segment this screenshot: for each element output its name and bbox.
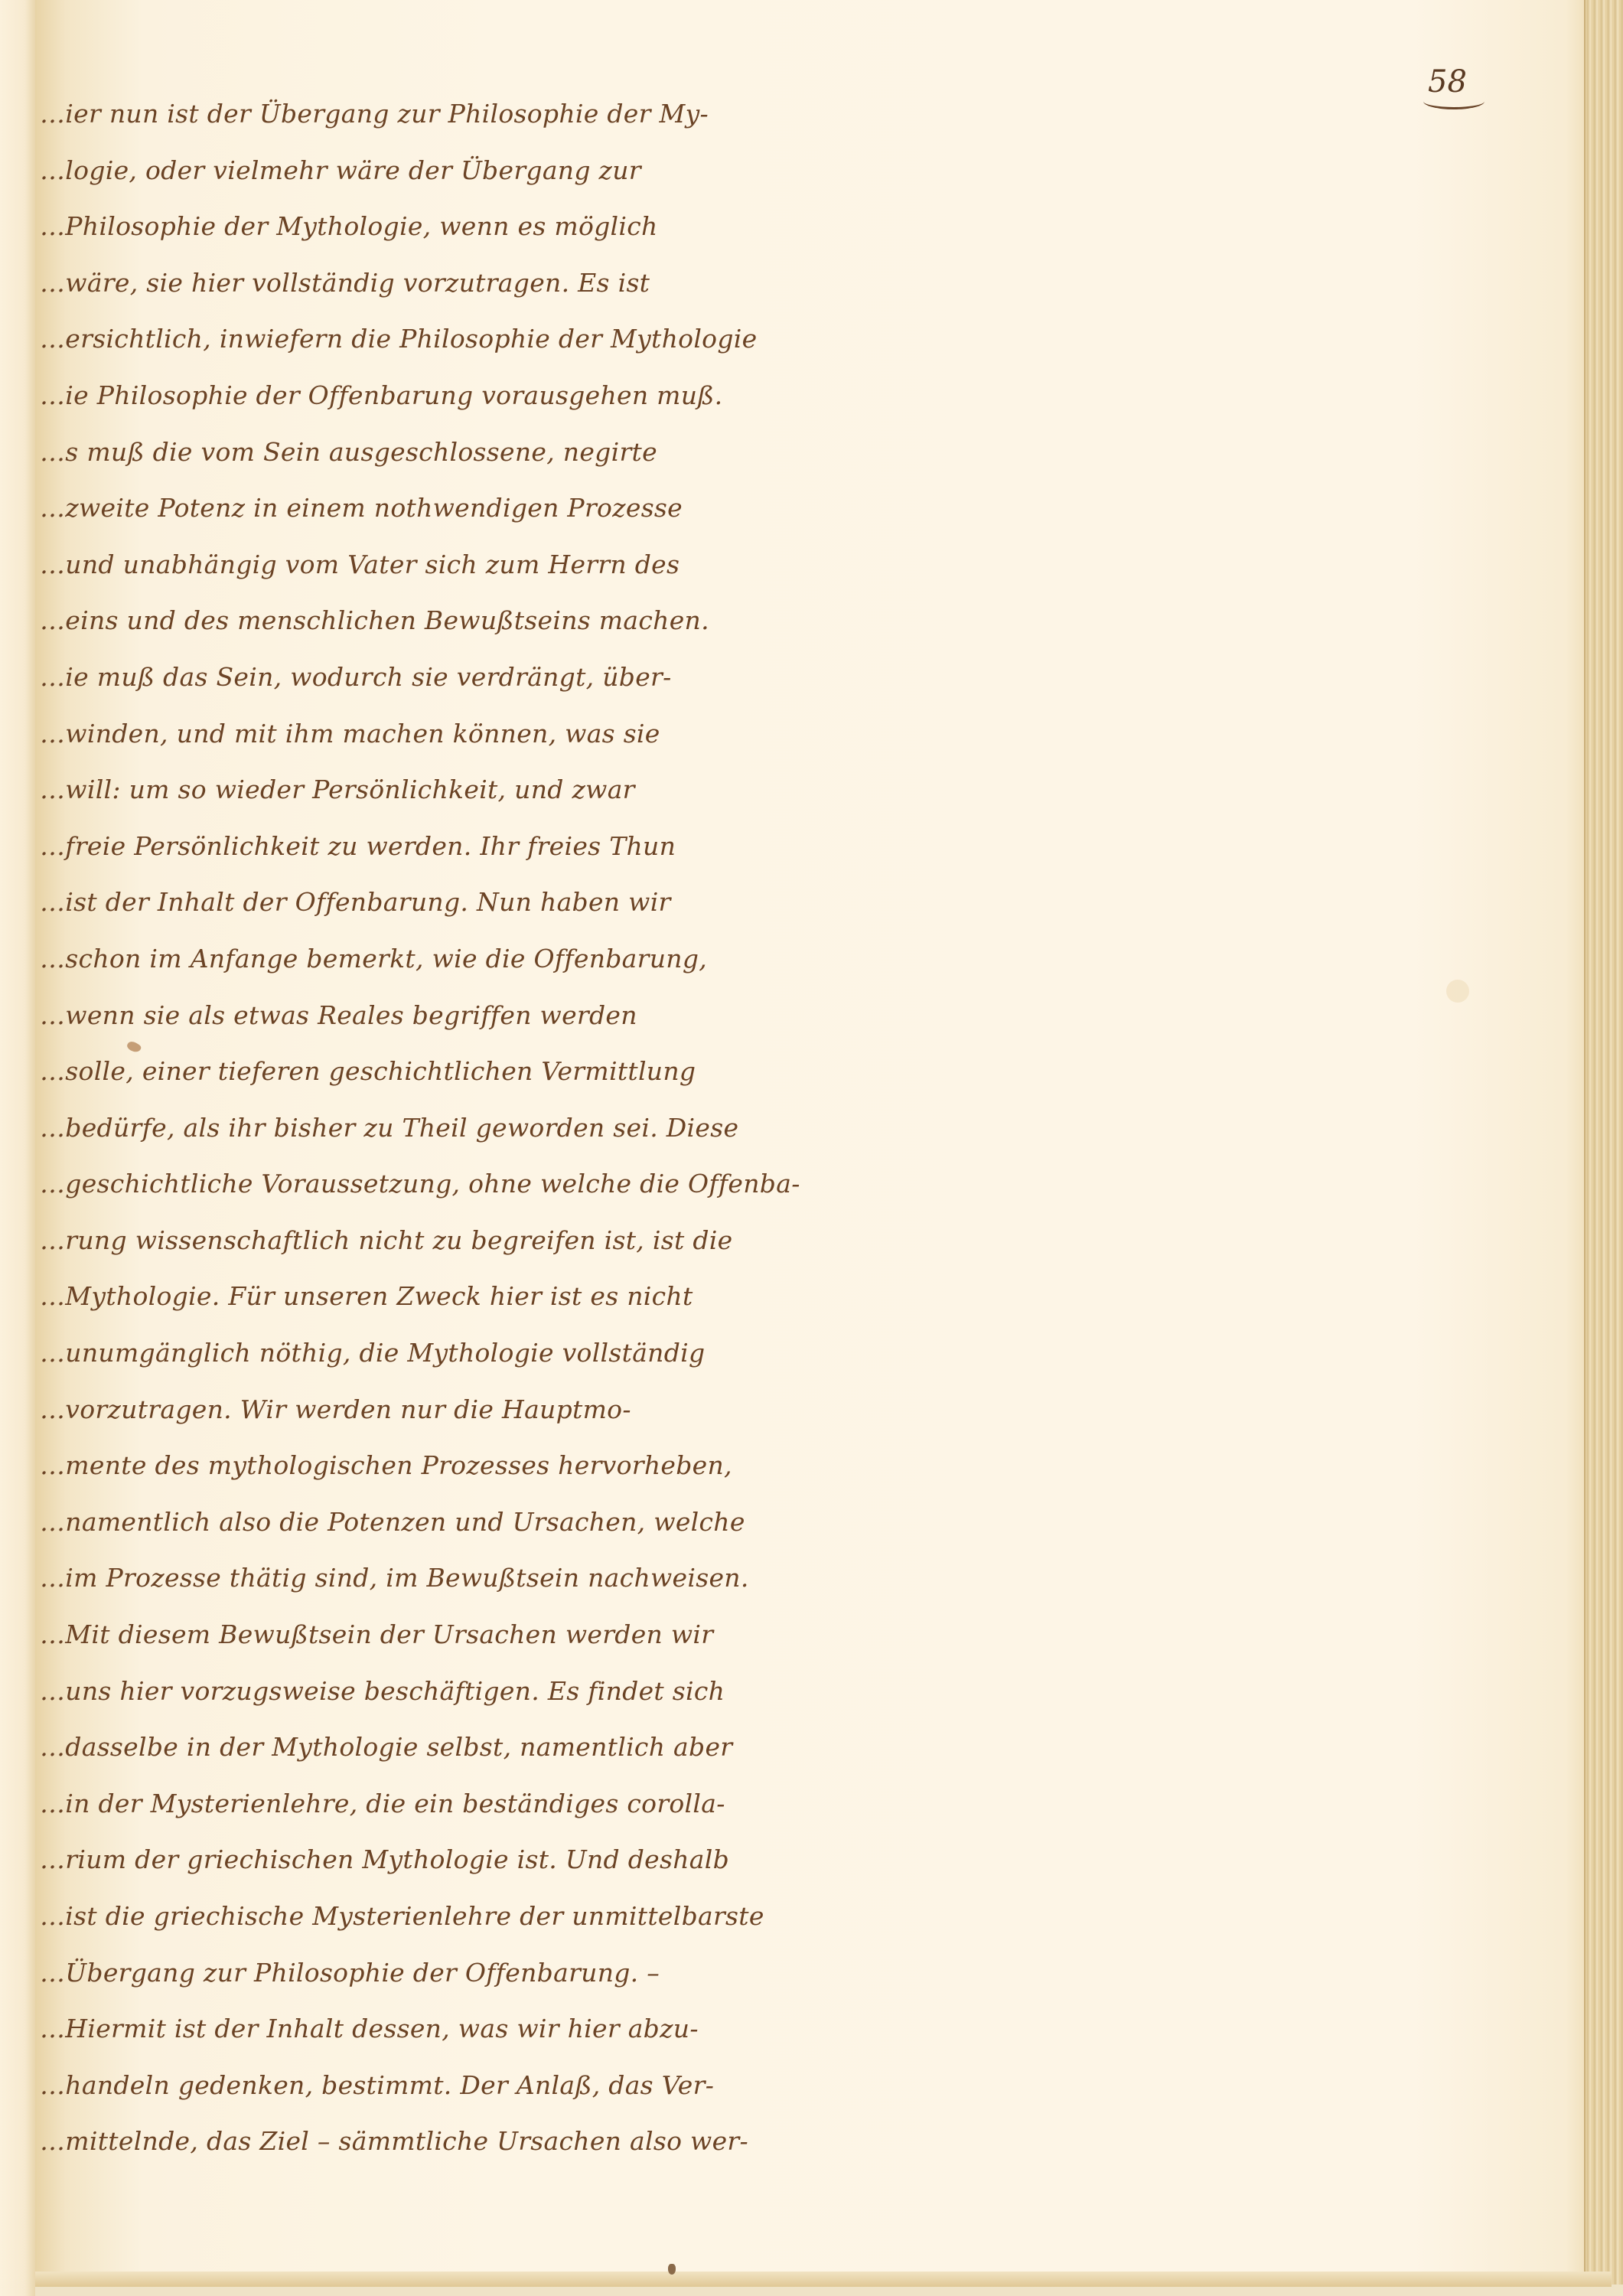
text-line: …unumgänglich nöthig, die Mythologie vol… — [40, 1325, 813, 1381]
text-line: …namentlich also die Potenzen und Ursach… — [40, 1494, 813, 1551]
text-line: …mittelnde, das Ziel – sämmtliche Ursach… — [40, 2113, 813, 2170]
text-line: …Hiermit ist der Inhalt dessen, was wir … — [40, 2001, 813, 2057]
text-line: …ist der Inhalt der Offenbarung. Nun hab… — [40, 874, 813, 931]
text-line: …vorzutragen. Wir werden nur die Hauptmo… — [40, 1381, 813, 1438]
paper-stain — [1446, 980, 1469, 1003]
text-line: …logie, oder vielmehr wäre der Übergang … — [40, 142, 813, 199]
text-line: …schon im Anfange bemerkt, wie die Offen… — [40, 931, 813, 987]
text-line: …bedürfe, als ihr bisher zu Theil geword… — [40, 1100, 813, 1156]
text-line: …eins und des menschlichen Bewußtseins m… — [40, 592, 813, 649]
text-line: …solle, einer tieferen geschichtlichen V… — [40, 1043, 813, 1100]
text-line: …geschichtliche Voraussetzung, ohne welc… — [40, 1156, 813, 1212]
text-line: …ie Philosophie der Offenbarung vorausge… — [40, 367, 813, 424]
text-line: …s muß die vom Sein ausgeschlossene, neg… — [40, 424, 813, 481]
text-line: …will: um so wieder Persönlichkeit, und … — [40, 762, 813, 818]
bottom-tab-mark — [668, 2264, 676, 2275]
page-bottom-edge — [35, 2272, 1612, 2287]
text-line: …dasselbe in der Mythologie selbst, name… — [40, 1719, 813, 1776]
previous-page-edge — [0, 0, 35, 2296]
text-line: …Mit diesem Bewußtsein der Ursachen werd… — [40, 1606, 813, 1663]
text-line: …in der Mysterienlehre, die ein beständi… — [40, 1776, 813, 1832]
text-line: …uns hier vorzugsweise beschäftigen. Es … — [40, 1663, 813, 1720]
text-line: …mente des mythologischen Prozesses herv… — [40, 1437, 813, 1494]
manuscript-scan: 58 …ier nun ist der Übergang zur Philoso… — [0, 0, 1623, 2296]
text-line: …wäre, sie hier vollständig vorzutragen.… — [40, 255, 813, 311]
text-line: …ist die griechische Mysterienlehre der … — [40, 1888, 813, 1945]
text-line: …im Prozesse thätig sind, im Bewußtsein … — [40, 1550, 813, 1606]
handwritten-text-block: …ier nun ist der Übergang zur Philosophi… — [40, 86, 813, 2170]
text-line: …ier nun ist der Übergang zur Philosophi… — [40, 86, 813, 142]
text-line: …Mythologie. Für unseren Zweck hier ist … — [40, 1268, 813, 1325]
text-line: …Philosophie der Mythologie, wenn es mög… — [40, 198, 813, 255]
text-line: …wenn sie als etwas Reales begriffen wer… — [40, 987, 813, 1044]
text-line: …Übergang zur Philosophie der Offenbarun… — [40, 1945, 813, 2001]
text-line: …ersichtlich, inwiefern die Philosophie … — [40, 311, 813, 367]
page-fore-edge — [1584, 0, 1623, 2285]
text-line: …handeln gedenken, bestimmt. Der Anlaß, … — [40, 2057, 813, 2114]
page-number: 58 — [1428, 64, 1467, 99]
text-line: …und unabhängig vom Vater sich zum Herrn… — [40, 536, 813, 593]
text-line: …freie Persönlichkeit zu werden. Ihr fre… — [40, 818, 813, 875]
text-line: …ie muß das Sein, wodurch sie verdrängt,… — [40, 649, 813, 706]
text-line: …rung wissenschaftlich nicht zu begreife… — [40, 1212, 813, 1269]
text-line: …rium der griechischen Mythologie ist. U… — [40, 1831, 813, 1888]
text-line: …zweite Potenz in einem nothwendigen Pro… — [40, 480, 813, 536]
text-line: …winden, und mit ihm machen können, was … — [40, 706, 813, 762]
